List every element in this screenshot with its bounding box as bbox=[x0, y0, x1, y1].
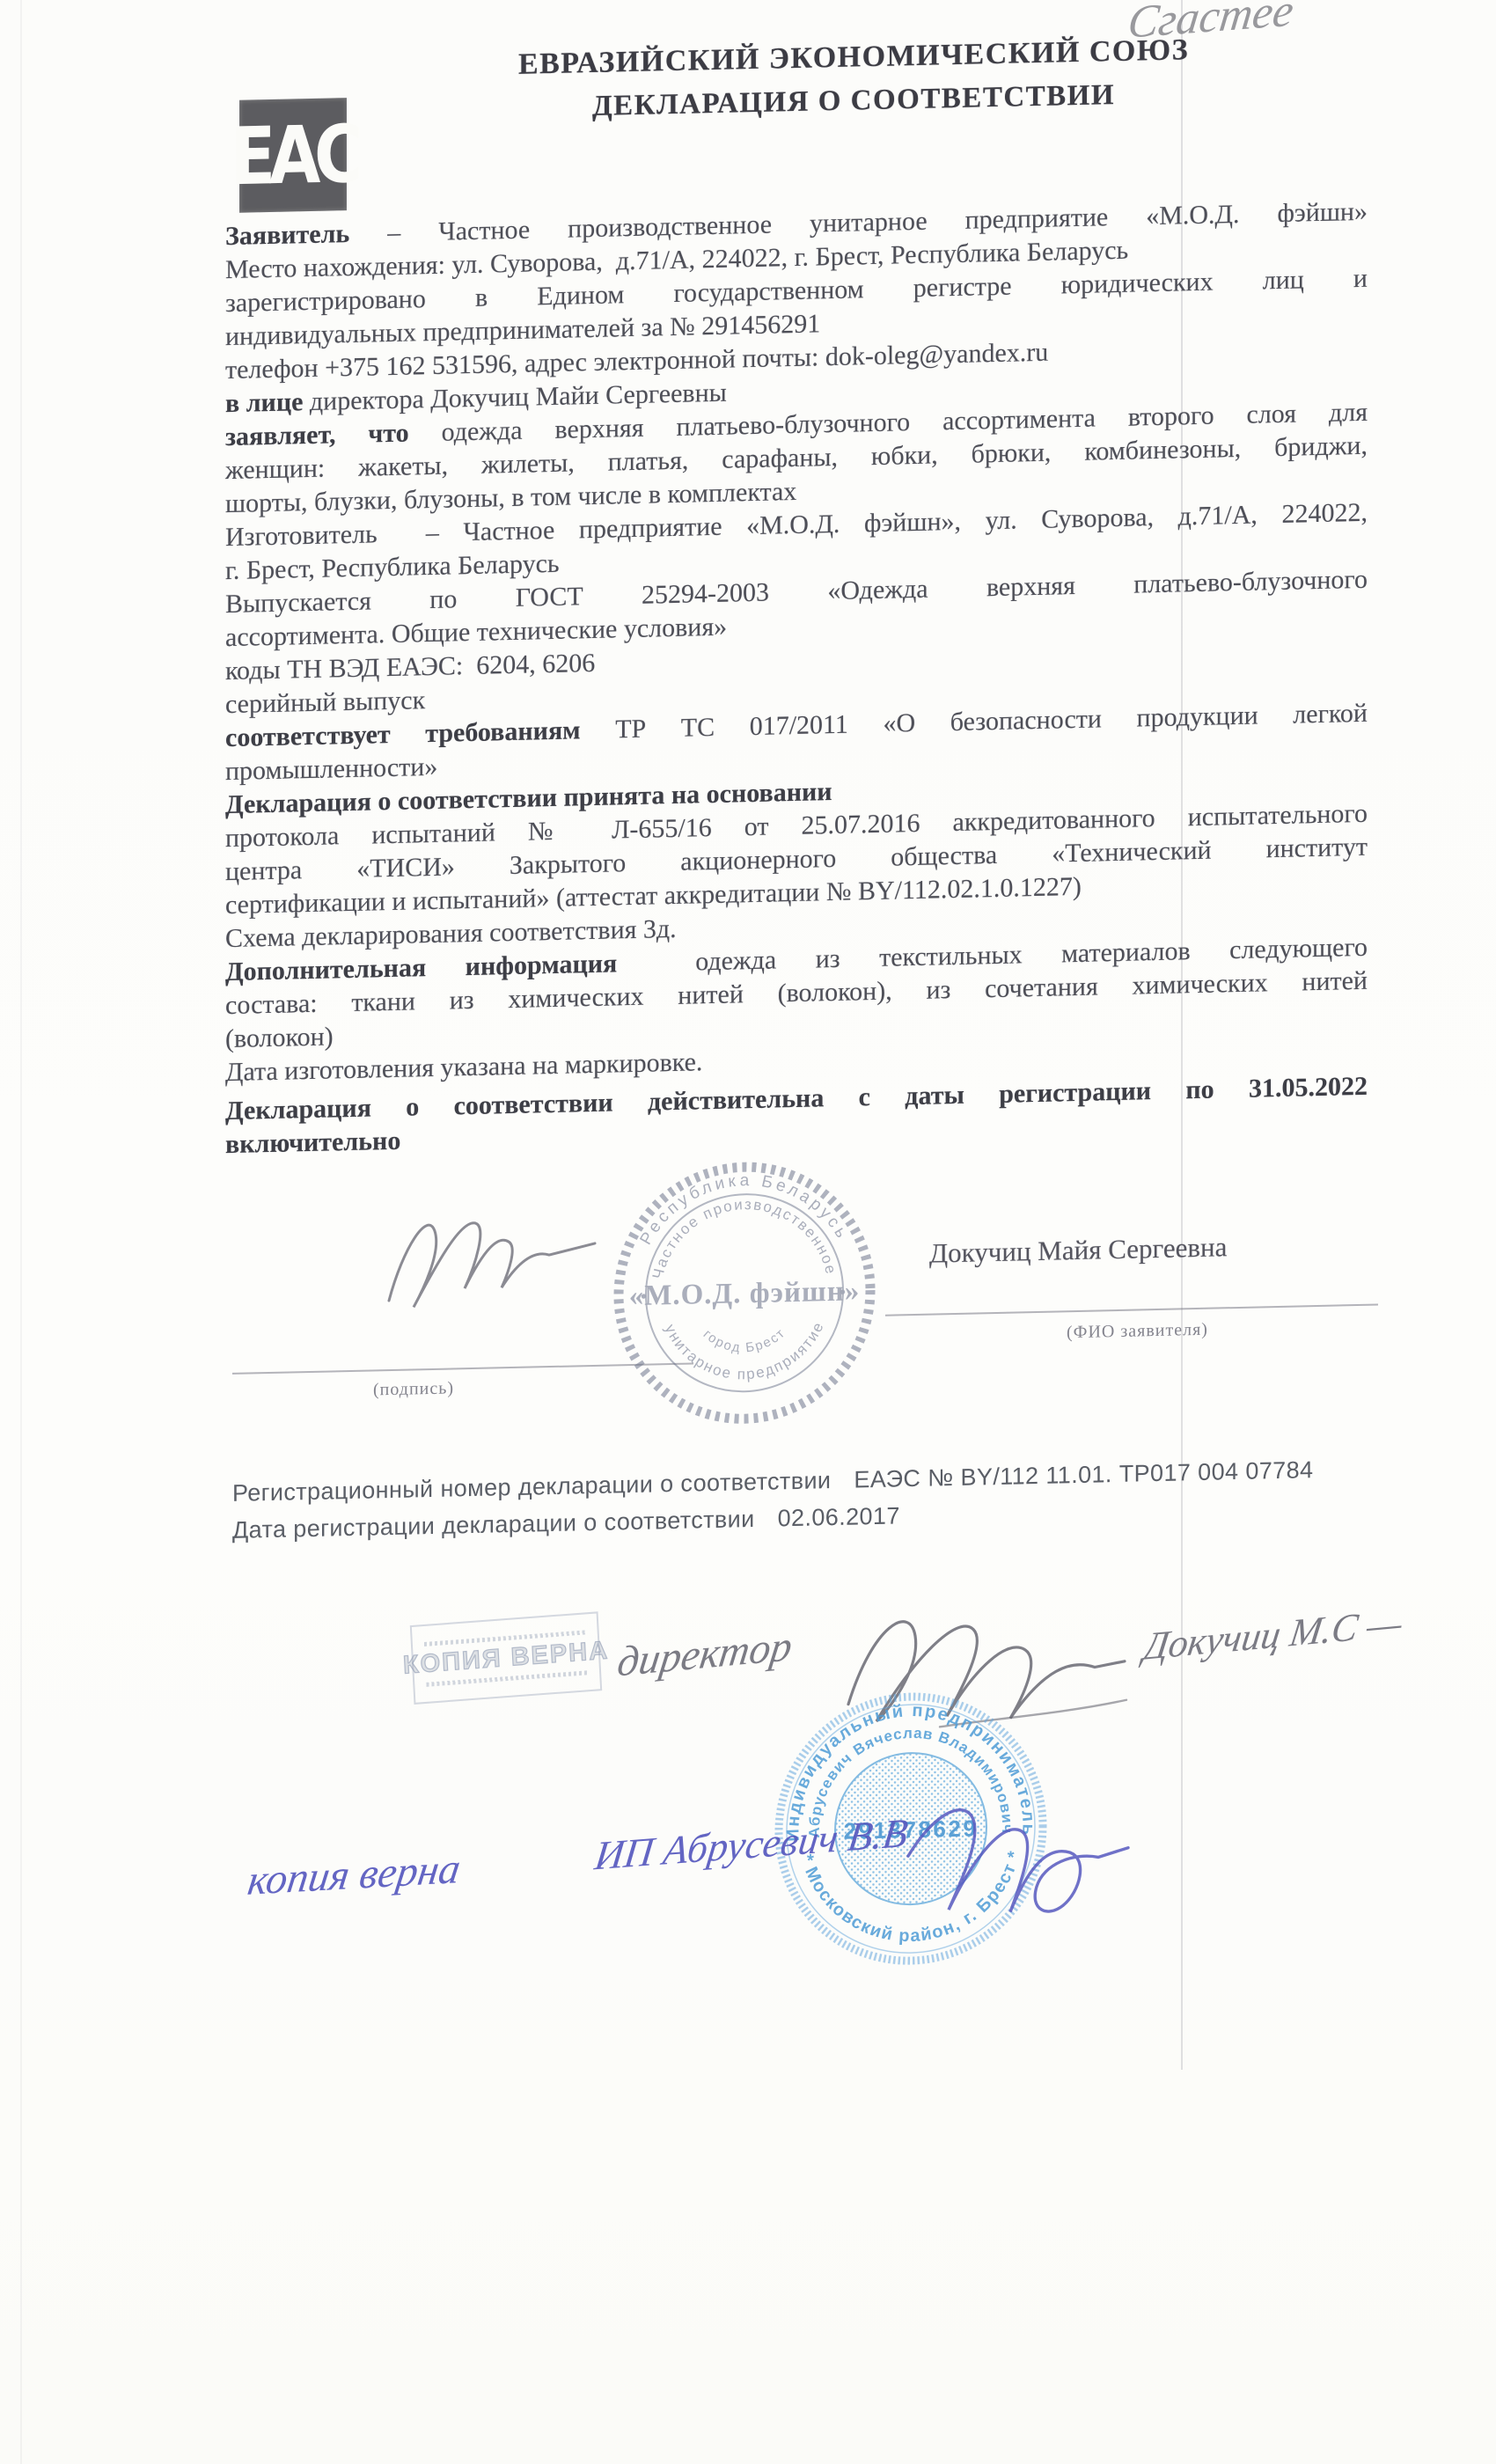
handwritten-director-name: Докучиц М.С — bbox=[1141, 1600, 1405, 1669]
registration-block: Регистрационный номер декларации о соотв… bbox=[232, 1451, 1313, 1549]
scanned-declaration-page: ЕАС ЕВРАЗИЙСКИЙ ЭКОНОМИЧЕСКИЙ СОЮЗ ДЕКЛА… bbox=[0, 0, 1496, 2464]
applicant-name-label: (ФИО заявителя) bbox=[1067, 1320, 1208, 1344]
document-title: ЕВРАЗИЙСКИЙ ЭКОНОМИЧЕСКИЙ СОЮЗ ДЕКЛАРАЦИ… bbox=[361, 30, 1346, 128]
registration-date-label: Дата регистрации декларации о соответств… bbox=[232, 1506, 755, 1544]
stamp-center-name: «М.О.Д. фэйшн» bbox=[629, 1275, 860, 1312]
handwritten-copy-note: копия верна bbox=[245, 1844, 464, 1905]
title-declaration: ДЕКЛАРАЦИЯ О СООТВЕТСТВИИ bbox=[361, 74, 1346, 128]
signature-label: (подпись) bbox=[373, 1378, 454, 1400]
registration-date-value: 02.06.2017 bbox=[778, 1502, 900, 1531]
eac-logo-letters: ЕАС bbox=[230, 107, 356, 202]
document-body: Заявитель – Частное производственное уни… bbox=[225, 195, 1368, 1162]
registration-number-value: ЕАЭС № BY/112 11.01. ТР017 004 07784 bbox=[854, 1456, 1313, 1492]
stamp-arc-city: город Брест bbox=[700, 1325, 789, 1357]
applicant-name: Докучиц Майя Сергеевна bbox=[929, 1231, 1227, 1269]
copy-verified-stamp: КОПИЯ ВЕРНА bbox=[410, 1611, 602, 1705]
applicant-signature bbox=[377, 1182, 607, 1330]
mod-fashion-round-stamp: Республика Беларусь Частное производстве… bbox=[612, 1158, 876, 1428]
entrepreneur-signature bbox=[898, 1766, 1144, 1956]
eac-conformity-mark: ЕАС bbox=[239, 98, 347, 213]
handwritten-director: директор bbox=[614, 1622, 795, 1687]
document-content: ЕАС ЕВРАЗИЙСКИЙ ЭКОНОМИЧЕСКИЙ СОЮЗ ДЕКЛА… bbox=[0, 0, 1496, 2464]
signature-rule-right bbox=[885, 1304, 1378, 1316]
